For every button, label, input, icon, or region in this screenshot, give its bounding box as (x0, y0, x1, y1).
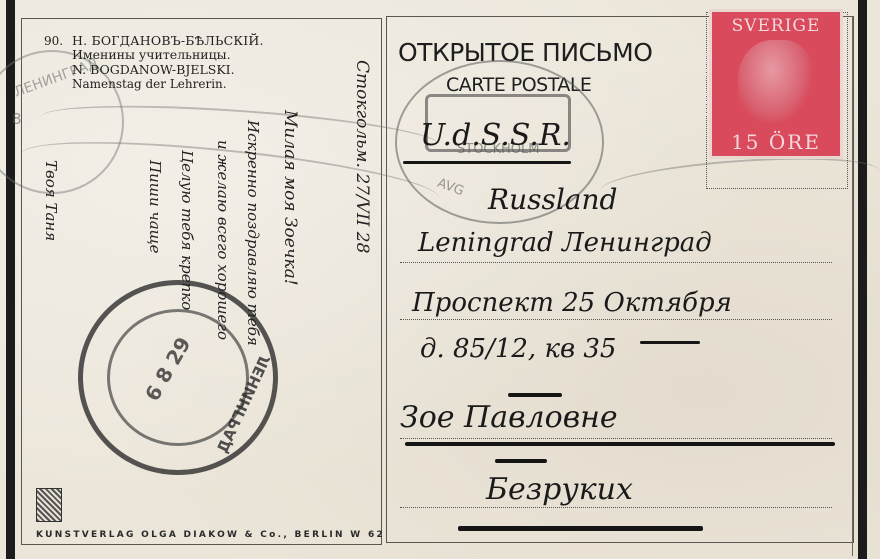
postcard: ЛЕНИНГРАД 8 90. Н. БОГДАНОВЪ-БѢЛЬСКIЙ. И… (0, 0, 880, 559)
ghost-postmark-number: 8 (12, 110, 22, 128)
underline-stroke (458, 526, 703, 531)
underline-stroke (640, 341, 700, 344)
frame-line (852, 16, 853, 556)
mourning-band-right (858, 0, 867, 559)
address-street: Проспект 25 Октября (412, 288, 732, 318)
message-place-date: Стокгольм. 27/VII 28 (352, 60, 372, 253)
underline-stroke (508, 393, 562, 397)
address-country-code: U.d.S.S.R. (420, 118, 571, 153)
stamp-side-text-right: KUNGL·POST (837, 51, 847, 119)
publisher-logo-icon (36, 488, 62, 522)
stamp-side-text-left: KUNGL·POST (705, 51, 715, 119)
publisher-imprint: KUNSTVERLAG OLGA DIAKOW & Co., BERLIN W … (36, 530, 385, 540)
card-number: 90. (44, 34, 63, 48)
address-city: Leningrad Ленинград (418, 228, 712, 258)
underline-stroke (495, 459, 547, 463)
king-portrait-icon (738, 40, 814, 126)
address-house: д. 85/12, кв 35 (420, 334, 616, 364)
address-line (400, 319, 832, 320)
postage-stamp: SVERIGE KUNGL·POST KUNGL·POST 15 ÖRE (712, 12, 840, 156)
stamp-value: 15 ÖRE (712, 130, 840, 154)
painting-title-ru: Именины учительницы. (72, 47, 231, 62)
message-line: и желаю всего хорошего (214, 140, 232, 340)
address-line (400, 507, 832, 508)
underline-stroke (403, 161, 571, 164)
message-greeting: Милая моя Зоечка! (280, 110, 300, 286)
artist-name-de: N. BOGDANOW-BJELSKI. (72, 62, 235, 77)
address-line (400, 262, 832, 263)
message-line: Целую тебя крепко (178, 150, 196, 310)
stamp-country: SVERIGE (712, 16, 840, 36)
underline-stroke (405, 442, 835, 446)
painting-title-de: Namenstag der Lehrerin. (72, 77, 227, 92)
address-country: Russland (488, 183, 617, 216)
address-line (400, 438, 832, 439)
recipient-name: Зое Павловне (400, 400, 618, 435)
message-line: Пиши чаще (146, 160, 164, 254)
message-line: Искренно поздравляю тебя (244, 120, 262, 346)
message-signature: Твоя Таня (42, 160, 60, 241)
recipient-surname: Безруких (486, 472, 633, 507)
artist-name-ru: Н. БОГДАНОВЪ-БѢЛЬСКIЙ. (72, 33, 264, 48)
postmark-month: AVG (435, 176, 466, 199)
